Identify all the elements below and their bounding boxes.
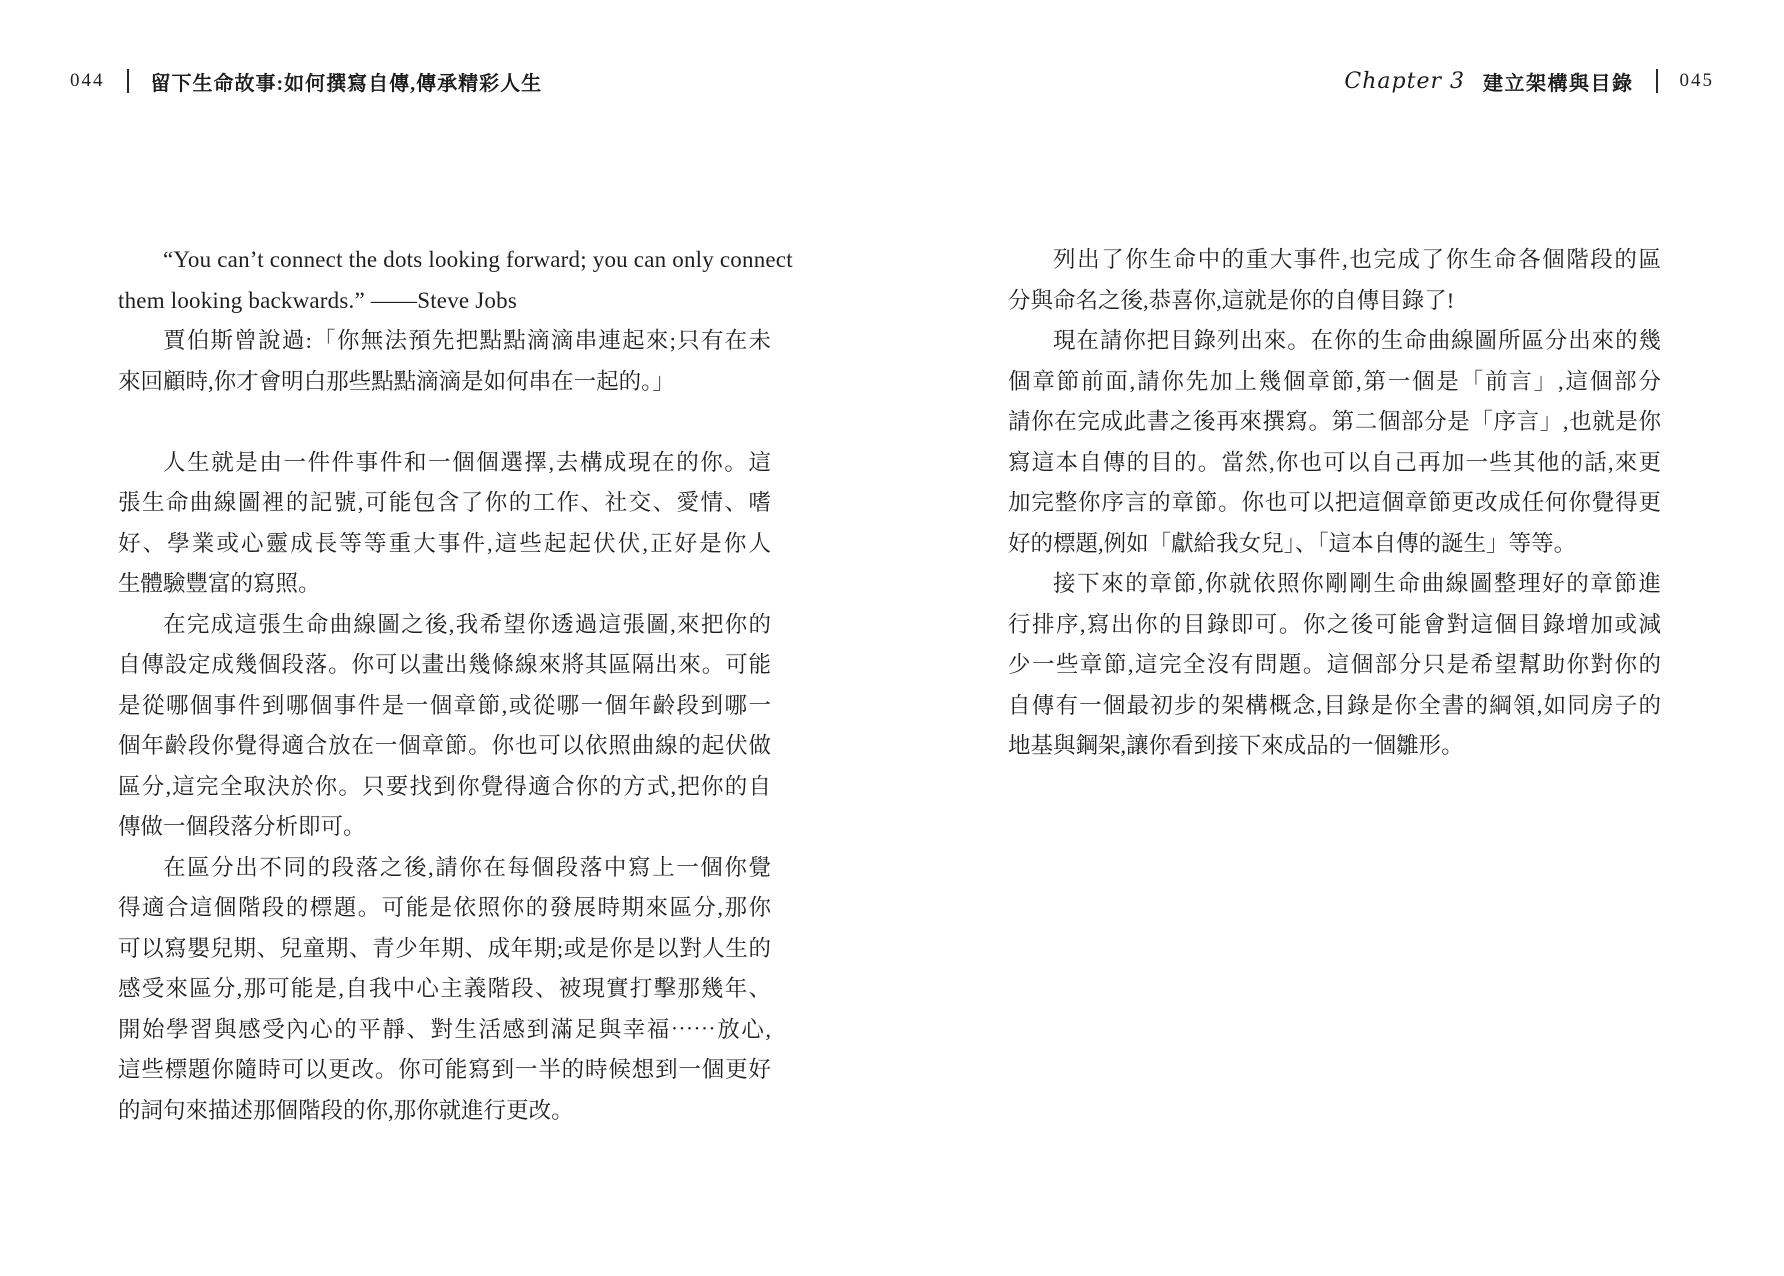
text-line: 少一些章節,這完全沒有問題。這個部分只是希望幫助你對你的	[1008, 645, 1661, 686]
text-line: 加完整你序言的章節。你也可以把這個章節更改成任何你覺得更	[1008, 483, 1661, 524]
text-line: 自傳設定成幾個段落。你可以畫出幾條線來將其區隔出來。可能	[118, 645, 771, 686]
text-line: 得適合這個階段的標題。可能是依照你的發展時期來區分,那你	[118, 888, 771, 929]
text-line: 地基與鋼架,讓你看到接下來成品的一個雛形。	[1008, 726, 1661, 767]
text-line: 區分,這完全取決於你。只要找到你覺得適合你的方式,把你的自	[118, 767, 771, 808]
text-line: 分與命名之後,恭喜你,這就是你的自傳目錄了!	[1008, 281, 1661, 322]
text-line: 生體驗豐富的寫照。	[118, 564, 771, 605]
text-line: 好的標題,例如「獻給我女兒」、「這本自傳的誕生」等等。	[1008, 524, 1661, 565]
text-line: 請你在完成此書之後再來撰寫。第二個部分是「序言」,也就是你	[1008, 402, 1661, 443]
text-line: 人生就是由一件件事件和一個個選擇,去構成現在的你。這	[118, 443, 771, 484]
left-page-number: 044	[70, 70, 105, 92]
text-line: 好、學業或心靈成長等等重大事件,這些起起伏伏,正好是你人	[118, 524, 771, 565]
text-line: 來回顧時,你才會明白那些點點滴滴是如何串在一起的。」	[118, 362, 771, 403]
text-line: 現在請你把目錄列出來。在你的生命曲線圖所區分出來的幾	[1008, 321, 1661, 362]
right-page-header: Chapter 3 建立架構與目錄 045	[1344, 66, 1714, 96]
text-line: 張生命曲線圖裡的記號,可能包含了你的工作、社交、愛情、嗜	[118, 483, 771, 524]
text-line: 開始學習與感受內心的平靜、對生活感到滿足與幸福⋯⋯放心,	[118, 1010, 771, 1051]
header-divider	[1656, 69, 1658, 93]
text-line: 個年齡段你覺得適合放在一個章節。你也可以依照曲線的起伏做	[118, 726, 771, 767]
right-page-number: 045	[1680, 70, 1715, 92]
text-line: 自傳有一個最初步的架構概念,目錄是你全書的綱領,如同房子的	[1008, 686, 1661, 727]
text-line: “You can’t connect the dots looking forw…	[118, 240, 771, 281]
book-spread: 044 留下生命故事:如何撰寫自傳,傳承精彩人生 Chapter 3 建立架構與…	[0, 0, 1784, 1276]
text-line: 這些標題你隨時可以更改。你可能寫到一半的時候想到一個更好	[118, 1050, 771, 1091]
chapter-title: 建立架構與目錄	[1483, 67, 1634, 96]
book-running-title: 留下生命故事:如何撰寫自傳,傳承精彩人生	[151, 67, 543, 96]
header-divider	[127, 69, 129, 93]
text-line: 在完成這張生命曲線圖之後,我希望你透過這張圖,來把你的	[118, 605, 771, 646]
text-line: 列出了你生命中的重大事件,也完成了你生命各個階段的區	[1008, 240, 1661, 281]
left-page-header: 044 留下生命故事:如何撰寫自傳,傳承精彩人生	[70, 66, 542, 96]
left-page-body: “You can’t connect the dots looking forw…	[118, 240, 771, 1131]
text-line: 的詞句來描述那個階段的你,那你就進行更改。	[118, 1091, 771, 1132]
text-line: 在區分出不同的段落之後,請你在每個段落中寫上一個你覺	[118, 848, 771, 889]
text-line: them looking backwards.” ——Steve Jobs	[118, 281, 771, 322]
text-line: 可以寫嬰兒期、兒童期、青少年期、成年期;或是你是以對人生的	[118, 929, 771, 970]
text-line: 傳做一個段落分析即可。	[118, 807, 771, 848]
text-line: 是從哪個事件到哪個事件是一個章節,或從哪一個年齡段到哪一	[118, 686, 771, 727]
text-line: 賈伯斯曾說過:「你無法預先把點點滴滴串連起來;只有在未	[118, 321, 771, 362]
text-line: 寫這本自傳的目的。當然,你也可以自己再加一些其他的話,來更	[1008, 443, 1661, 484]
chapter-label: Chapter 3	[1344, 69, 1465, 94]
right-page-body: 列出了你生命中的重大事件,也完成了你生命各個階段的區分與命名之後,恭喜你,這就是…	[1008, 240, 1661, 767]
text-line: 行排序,寫出你的目錄即可。你之後可能會對這個目錄增加或減	[1008, 605, 1661, 646]
text-line: 接下來的章節,你就依照你剛剛生命曲線圖整理好的章節進	[1008, 564, 1661, 605]
text-line: 個章節前面,請你先加上幾個章節,第一個是「前言」,這個部分	[1008, 362, 1661, 403]
text-line: 感受來區分,那可能是,自我中心主義階段、被現實打擊那幾年、	[118, 969, 771, 1010]
